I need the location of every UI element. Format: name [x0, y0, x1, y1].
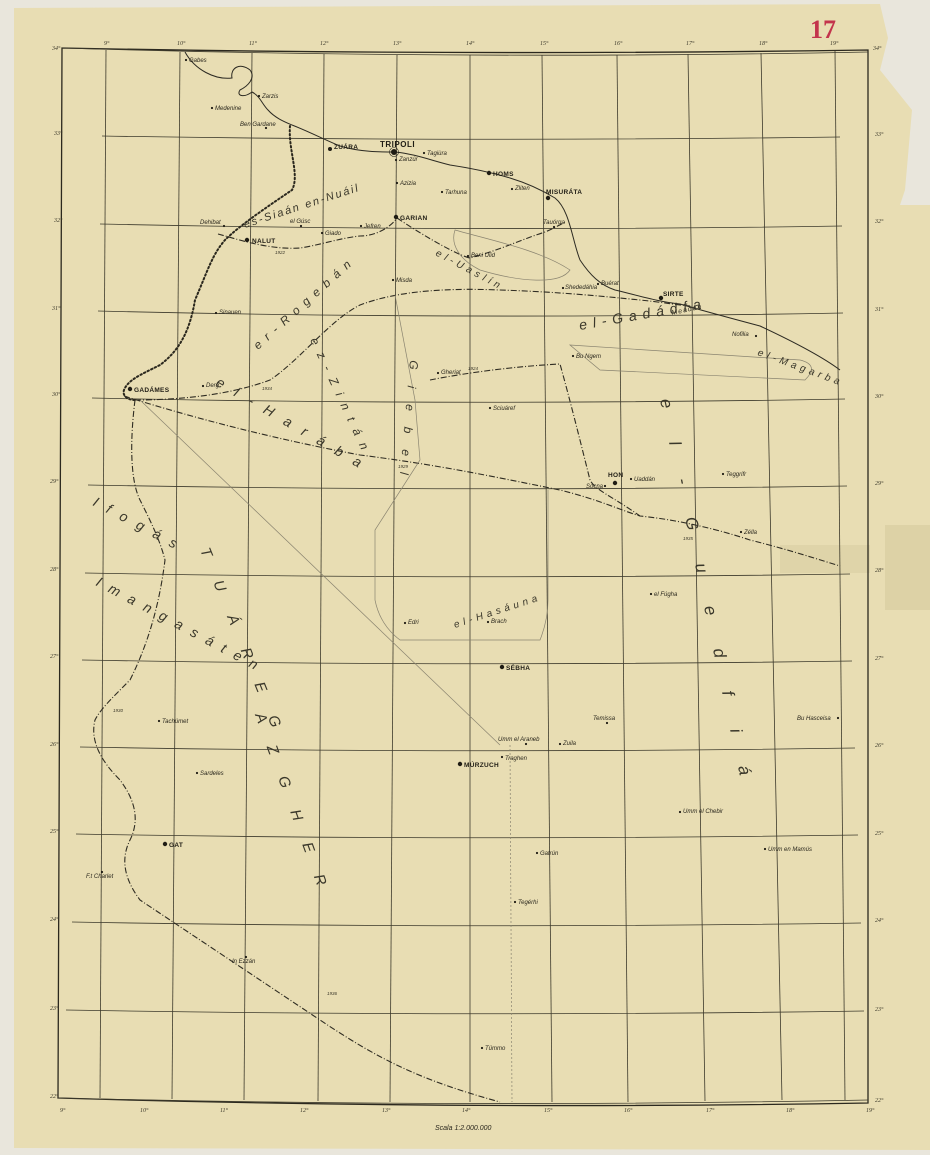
svg-text:Edri: Edri: [408, 620, 419, 626]
svg-text:MISURÁTA: MISURÁTA: [546, 187, 582, 196]
svg-text:Uaddán: Uaddán: [634, 477, 656, 483]
svg-text:Tagiùra: Tagiùra: [427, 151, 447, 157]
place-umm-el-chebir[interactable]: Umm el Chebir: [679, 809, 724, 815]
place-tarhuna[interactable]: Tarhuna: [441, 190, 468, 196]
svg-text:GARIAN: GARIAN: [400, 215, 427, 222]
svg-text:19°: 19°: [866, 1107, 875, 1114]
svg-text:GADÁMES: GADÁMES: [134, 385, 170, 394]
svg-text:Temissa: Temissa: [593, 716, 616, 722]
svg-text:1929: 1929: [398, 464, 409, 469]
svg-text:HOMS: HOMS: [493, 171, 514, 178]
svg-text:28°: 28°: [50, 566, 59, 573]
svg-text:Dehibat: Dehibat: [200, 220, 221, 226]
place-buerat[interactable]: Buérat: [597, 281, 619, 287]
svg-text:SIRTE: SIRTE: [663, 291, 684, 298]
svg-text:1930: 1930: [113, 708, 124, 713]
svg-text:16°: 16°: [614, 40, 623, 47]
svg-text:19°: 19°: [830, 40, 839, 47]
city-gadames[interactable]: GADÁMES: [128, 385, 170, 394]
place-gatrun[interactable]: Gatrún: [536, 851, 559, 857]
svg-text:Umm el Araneb: Umm el Araneb: [498, 737, 540, 743]
svg-text:25°: 25°: [50, 828, 59, 835]
place-jefren[interactable]: Jefren: [360, 224, 381, 230]
svg-text:Tarhuna: Tarhuna: [445, 190, 467, 196]
svg-text:33°: 33°: [874, 131, 884, 138]
svg-text:26°: 26°: [875, 742, 884, 749]
svg-text:27°: 27°: [50, 653, 59, 660]
svg-text:23°: 23°: [875, 1006, 884, 1013]
svg-text:Gheriat: Gheriat: [441, 370, 461, 376]
place-medenine[interactable]: Medenine: [211, 106, 242, 112]
svg-text:1924: 1924: [468, 366, 479, 371]
svg-text:14°: 14°: [462, 1107, 471, 1114]
svg-text:Traghen: Traghen: [505, 756, 528, 762]
svg-text:29°: 29°: [875, 480, 884, 487]
svg-text:23°: 23°: [50, 1005, 59, 1012]
place-uaddan[interactable]: Uaddán: [630, 477, 656, 483]
svg-text:18°: 18°: [786, 1107, 795, 1114]
svg-text:NALUT: NALUT: [252, 238, 276, 245]
svg-text:Gabes: Gabes: [189, 58, 207, 64]
svg-text:1934: 1934: [262, 386, 273, 391]
place-tagiura[interactable]: Tagiùra: [423, 151, 448, 157]
svg-text:Azizia: Azizia: [399, 181, 417, 187]
place-sardeles[interactable]: Sardeles: [196, 771, 224, 777]
svg-text:32°: 32°: [874, 218, 884, 225]
svg-text:Gatrún: Gatrún: [540, 851, 559, 857]
svg-text:11°: 11°: [249, 40, 258, 47]
svg-text:12°: 12°: [320, 40, 329, 47]
svg-text:9°: 9°: [104, 40, 110, 47]
place-el-fugha[interactable]: el Fúgha: [650, 592, 678, 598]
svg-text:28°: 28°: [875, 567, 884, 574]
svg-text:14°: 14°: [466, 40, 475, 47]
svg-text:13°: 13°: [382, 1107, 391, 1114]
place-giado[interactable]: Giado: [321, 231, 342, 237]
svg-text:Sardeles: Sardeles: [200, 771, 224, 777]
place-sinauen[interactable]: Sinauen: [215, 310, 242, 316]
svg-text:el Fúgha: el Fúgha: [654, 592, 678, 598]
svg-text:F.t Charlet: F.t Charlet: [86, 874, 114, 880]
svg-text:25°: 25°: [875, 830, 884, 837]
place-teggrifr[interactable]: Teggrifr: [722, 472, 747, 478]
svg-text:10°: 10°: [140, 1107, 149, 1114]
svg-text:Giado: Giado: [325, 231, 342, 237]
place-umm-en-mamus[interactable]: Umm en Mamús: [764, 847, 812, 853]
svg-text:Zarzis: Zarzis: [261, 94, 278, 100]
place-traghen[interactable]: Traghen: [501, 756, 528, 762]
place-shededahia[interactable]: Shededáhia: [562, 285, 598, 291]
svg-text:1936: 1936: [327, 991, 338, 996]
svg-text:32°: 32°: [53, 217, 63, 224]
svg-text:Sciuáref: Sciuáref: [493, 406, 516, 412]
city-murzuch[interactable]: MÚRZUCH: [458, 760, 499, 769]
svg-text:15°: 15°: [544, 1107, 553, 1114]
place-gabes[interactable]: Gabes: [185, 58, 207, 64]
svg-text:24°: 24°: [50, 916, 59, 923]
svg-text:34°: 34°: [872, 45, 882, 52]
svg-text:Zuila: Zuila: [562, 741, 577, 747]
sheet-number: 17: [810, 15, 836, 44]
svg-text:10°: 10°: [177, 40, 186, 47]
svg-text:Tauórga: Tauórga: [543, 220, 565, 226]
scale-label: Scala 1:2.000.000: [435, 1125, 492, 1132]
svg-text:27°: 27°: [875, 655, 884, 662]
place-bu-ngem[interactable]: Bu Ngem: [572, 354, 601, 360]
svg-text:18°: 18°: [759, 40, 768, 47]
svg-text:22°: 22°: [50, 1093, 59, 1100]
svg-text:Zanzúr: Zanzúr: [398, 157, 419, 163]
svg-text:Medenine: Medenine: [215, 106, 242, 112]
svg-text:Socna: Socna: [586, 484, 604, 490]
svg-text:1935: 1935: [683, 536, 694, 541]
svg-text:Zliten: Zliten: [514, 186, 530, 192]
svg-text:12°: 12°: [300, 1107, 309, 1114]
svg-text:Buérat: Buérat: [601, 281, 619, 287]
svg-text:Jefren: Jefren: [363, 224, 381, 230]
svg-text:13°: 13°: [393, 40, 402, 47]
svg-text:Tümmo: Tümmo: [485, 1046, 506, 1052]
svg-text:1922: 1922: [275, 250, 286, 255]
svg-text:ZUÁRA: ZUÁRA: [334, 142, 358, 151]
svg-text:17°: 17°: [686, 40, 695, 47]
svg-text:HON: HON: [608, 472, 623, 479]
svg-text:Misda: Misda: [396, 278, 413, 284]
svg-text:SÉBHA: SÉBHA: [506, 663, 530, 672]
svg-text:el Gúsc: el Gúsc: [290, 219, 310, 225]
svg-text:Ben Gardane: Ben Gardane: [240, 122, 276, 128]
svg-text:MÚRZUCH: MÚRZUCH: [464, 760, 499, 769]
svg-text:Zélla: Zélla: [743, 530, 758, 536]
svg-text:26°: 26°: [50, 741, 59, 748]
svg-text:Nofilia: Nofilia: [732, 332, 749, 338]
svg-text:29°: 29°: [50, 478, 59, 485]
svg-text:Brach: Brach: [491, 619, 507, 625]
svg-text:Bu Ngem: Bu Ngem: [576, 354, 601, 360]
svg-text:30°: 30°: [51, 391, 61, 398]
svg-text:Bu Hasceisa: Bu Hasceisa: [797, 716, 831, 722]
svg-text:Umm en Mamús: Umm en Mamús: [768, 847, 812, 853]
svg-text:31°: 31°: [51, 305, 61, 312]
svg-text:34°: 34°: [51, 45, 61, 52]
svg-text:Teggrifr: Teggrifr: [726, 472, 747, 478]
svg-text:Tachúmet: Tachúmet: [162, 719, 188, 725]
svg-text:24°: 24°: [875, 917, 884, 924]
svg-text:9°: 9°: [60, 1107, 66, 1114]
tape-stain: [780, 545, 870, 573]
place-gheriat[interactable]: Gheriat: [437, 370, 461, 376]
svg-text:33°: 33°: [53, 130, 63, 137]
place-tummo[interactable]: Tümmo: [481, 1046, 506, 1052]
place-sciuaref[interactable]: Sciuáref: [489, 406, 516, 412]
place-zanzur[interactable]: Zanzúr: [395, 157, 419, 163]
svg-text:Tegérhi: Tegérhi: [518, 900, 538, 906]
place-tachumet[interactable]: Tachúmet: [158, 719, 189, 725]
svg-text:Sinauen: Sinauen: [219, 310, 242, 316]
svg-text:15°: 15°: [540, 40, 549, 47]
svg-text:Beni Ulid: Beni Ulid: [471, 253, 496, 259]
place-tegerhi[interactable]: Tegérhi: [514, 900, 539, 906]
svg-text:16°: 16°: [624, 1107, 633, 1114]
map-sheet: 17 9° 10° 11° 12° 13° 1: [0, 0, 930, 1155]
place-beni-ulid[interactable]: Beni Ulid: [467, 253, 496, 259]
svg-text:In Ezzán: In Ezzán: [232, 959, 256, 965]
tape-stain: [885, 525, 930, 610]
svg-text:Shededáhia: Shededáhia: [565, 285, 598, 291]
svg-text:GAT: GAT: [169, 842, 183, 849]
svg-text:31°: 31°: [874, 306, 884, 313]
svg-text:TRIPOLI: TRIPOLI: [380, 140, 415, 149]
svg-text:30°: 30°: [874, 393, 884, 400]
svg-text:11°: 11°: [220, 1107, 229, 1114]
svg-text:Umm el Chebir: Umm el Chebir: [683, 809, 724, 815]
svg-text:17°: 17°: [706, 1107, 715, 1114]
svg-text:22°: 22°: [875, 1097, 884, 1104]
